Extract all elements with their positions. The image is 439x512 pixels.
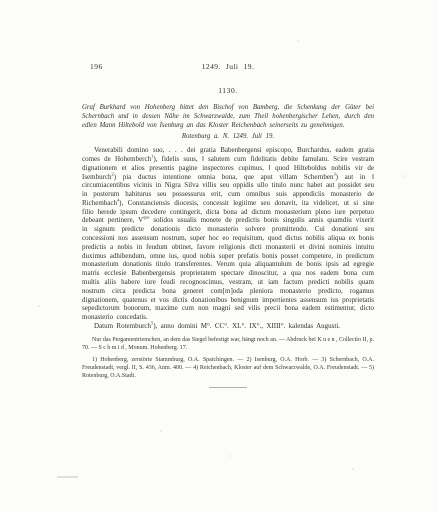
editorial-note: Nur das Pergamentriemchen, an dem das Si… — [82, 336, 374, 352]
note-segment: Nur das Pergamentriemchen, an dem das Si… — [92, 337, 317, 343]
note-segment: , Monum. Hohenberg. 17. — [125, 345, 187, 351]
section-separator-rule — [209, 387, 247, 388]
cited-author-kuen: Kuen — [317, 337, 336, 343]
header-date: 1249. Juli 19. — [82, 62, 374, 71]
charter-number: 1130. — [82, 86, 374, 95]
scan-artifact — [229, 455, 231, 457]
cited-author-schmid: Schmid — [99, 345, 126, 351]
charter-datum-line: Datum Rotemburch5), anno domini M°. CC°.… — [82, 322, 374, 331]
scan-artifact — [297, 40, 299, 42]
scan-artifact — [404, 175, 406, 177]
page-header: 196 1249. Juli 19. — [82, 62, 374, 74]
text-column: 196 1249. Juli 19. 1130. Graf Burkhard v… — [82, 62, 374, 380]
charter-abstract: Graf Burkhard von Hohenberg bittet den B… — [82, 103, 374, 131]
body-segment: solidos usualis monete de predictis boni… — [82, 216, 374, 321]
scanned-page: 196 1249. Juli 19. 1130. Graf Burkhard v… — [0, 0, 439, 512]
scan-artifact — [352, 468, 354, 470]
footnotes-block: 1) Hohenberg, zerstörte Stammburg, O.A. … — [82, 356, 374, 380]
charter-body: Venerabili domino suo, . . . dei gratia … — [82, 146, 374, 322]
charter-dateline: Rotenburg a. N. 1249. Juli 19. — [82, 133, 374, 140]
scan-artifact — [38, 305, 40, 307]
body-segment: ) pia ductus intentione omnia bona, que … — [114, 173, 334, 181]
datum-segment: Datum Rotemburch — [94, 322, 151, 330]
scan-artifact — [160, 430, 162, 432]
scan-artifact — [57, 476, 78, 478]
datum-segment: ), anno domini M°. CC°. XL°. IX°., XIIII… — [153, 322, 340, 330]
